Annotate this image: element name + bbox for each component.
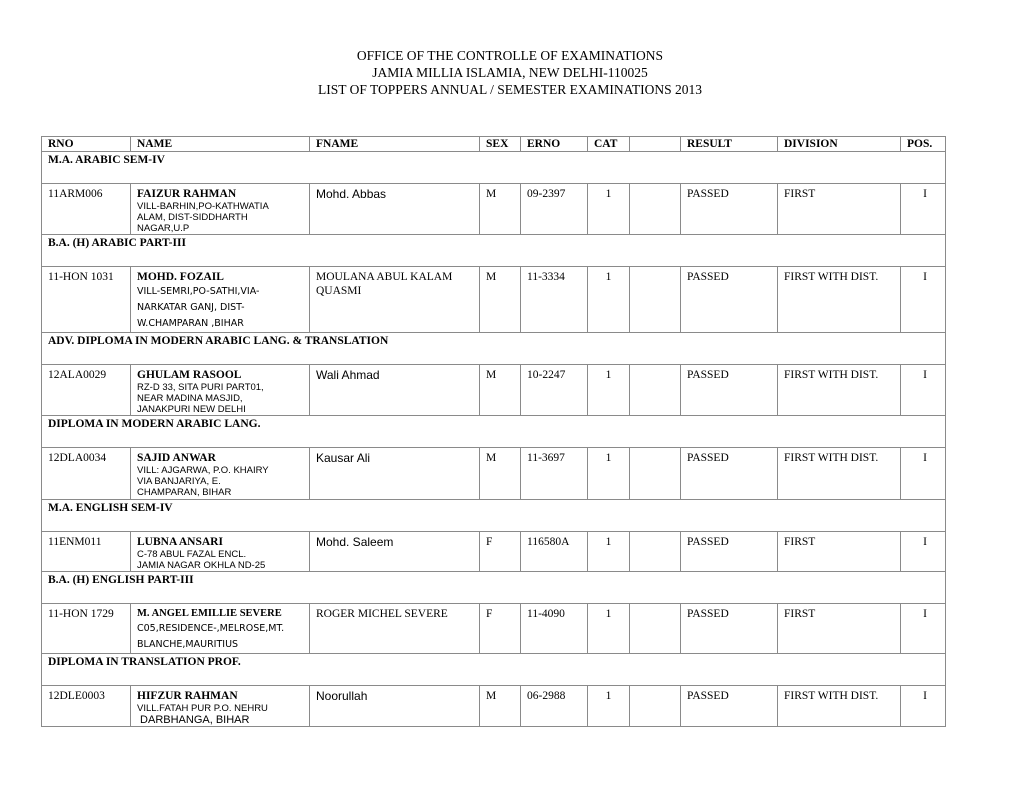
cell-sex: M <box>480 686 521 727</box>
cell-sex: M <box>480 448 521 500</box>
student-name: HIFZUR RAHMAN <box>137 689 303 703</box>
section-title: DIPLOMA IN MODERN ARABIC LANG. <box>42 416 946 448</box>
cell-rno: 11-HON 1729 <box>42 604 131 654</box>
cell-division: FIRST <box>778 184 901 235</box>
address-line: NAGAR,U.P <box>137 223 303 234</box>
table-header-row: RNO NAME FNAME SEX ERNO CAT RESULT DIVIS… <box>42 137 946 152</box>
address-line: VILL-SEMRI,PO-SATHI,VIA- <box>137 284 303 300</box>
table-row: 12ALA0029GHULAM RASOOLRZ-D 33, SITA PURI… <box>42 365 946 416</box>
cell-pos: I <box>901 184 946 235</box>
table-row: 11-HON 1031MOHD. FOZAILVILL-SEMRI,PO-SAT… <box>42 267 946 333</box>
cell-fname: Noorullah <box>310 686 480 727</box>
cell-division: FIRST WITH DIST. <box>778 267 901 333</box>
cell-cat: 1 <box>588 604 630 654</box>
address-line: W.CHAMPARAN ,BIHAR <box>137 316 303 332</box>
cell-rno: 11ENM011 <box>42 532 131 572</box>
cell-rno: 12DLA0034 <box>42 448 131 500</box>
cell-name: MOHD. FOZAILVILL-SEMRI,PO-SATHI,VIA-NARK… <box>131 267 310 333</box>
cell-blank <box>630 365 681 416</box>
cell-sex: F <box>480 604 521 654</box>
cell-division: FIRST <box>778 532 901 572</box>
cell-rno: 12DLE0003 <box>42 686 131 727</box>
cell-rno: 11-HON 1031 <box>42 267 131 333</box>
address-line: C-78 ABUL FAZAL ENCL. <box>137 549 303 560</box>
col-header-pos: POS. <box>901 137 946 152</box>
cell-cat: 1 <box>588 184 630 235</box>
header-list-title: LIST OF TOPPERS ANNUAL / SEMESTER EXAMIN… <box>0 81 1020 98</box>
cell-cat: 1 <box>588 365 630 416</box>
section-row: M.A. ARABIC SEM-IV <box>42 152 946 184</box>
cell-pos: I <box>901 365 946 416</box>
document-header: OFFICE OF THE CONTROLLE OF EXAMINATIONS … <box>0 47 1020 98</box>
cell-erno: 11-3697 <box>521 448 588 500</box>
col-header-rno: RNO <box>42 137 131 152</box>
cell-erno: 11-4090 <box>521 604 588 654</box>
student-name: GHULAM RASOOL <box>137 368 303 382</box>
table-row: 11ARM006FAIZUR RAHMANVILL-BARHIN,PO-KATH… <box>42 184 946 235</box>
address-line: VIA BANJARIYA, E. <box>137 476 303 487</box>
cell-erno: 06-2988 <box>521 686 588 727</box>
cell-blank <box>630 604 681 654</box>
section-row: DIPLOMA IN MODERN ARABIC LANG. <box>42 416 946 448</box>
cell-result: PASSED <box>681 686 778 727</box>
student-name: LUBNA ANSARI <box>137 535 303 549</box>
section-row: B.A. (H) ARABIC PART-III <box>42 235 946 267</box>
cell-name: FAIZUR RAHMANVILL-BARHIN,PO-KATHWATIAALA… <box>131 184 310 235</box>
cell-fname: Mohd. Saleem <box>310 532 480 572</box>
cell-cat: 1 <box>588 532 630 572</box>
cell-cat: 1 <box>588 267 630 333</box>
cell-erno: 10-2247 <box>521 365 588 416</box>
address-line: BLANCHE,MAURITIUS <box>137 637 303 653</box>
cell-blank <box>630 532 681 572</box>
cell-fname: Mohd. Abbas <box>310 184 480 235</box>
table-row: 11-HON 1729M. ANGEL EMILLIE SEVEREC05,RE… <box>42 604 946 654</box>
col-header-division: DIVISION <box>778 137 901 152</box>
cell-blank <box>630 184 681 235</box>
cell-pos: I <box>901 448 946 500</box>
table-row: 12DLE0003HIFZUR RAHMANVILL.FATAH PUR P.O… <box>42 686 946 727</box>
col-header-cat: CAT <box>588 137 630 152</box>
address-line: CHAMPARAN, BIHAR <box>137 487 303 498</box>
student-name: FAIZUR RAHMAN <box>137 187 303 201</box>
cell-result: PASSED <box>681 365 778 416</box>
col-header-erno: ERNO <box>521 137 588 152</box>
address-line: VILL-BARHIN,PO-KATHWATIA <box>137 201 303 212</box>
cell-division: FIRST WITH DIST. <box>778 365 901 416</box>
cell-blank <box>630 267 681 333</box>
section-row: B.A. (H) ENGLISH PART-III <box>42 572 946 604</box>
cell-pos: I <box>901 686 946 727</box>
cell-division: FIRST <box>778 604 901 654</box>
cell-erno: 09-2397 <box>521 184 588 235</box>
section-title: M.A. ARABIC SEM-IV <box>42 152 946 184</box>
cell-rno: 11ARM006 <box>42 184 131 235</box>
cell-rno: 12ALA0029 <box>42 365 131 416</box>
cell-erno: 116580A <box>521 532 588 572</box>
section-title: B.A. (H) ARABIC PART-III <box>42 235 946 267</box>
cell-division: FIRST WITH DIST. <box>778 686 901 727</box>
cell-division: FIRST WITH DIST. <box>778 448 901 500</box>
address-line: RZ-D 33, SITA PURI PART01, <box>137 382 303 393</box>
header-office-title: OFFICE OF THE CONTROLLE OF EXAMINATIONS <box>0 47 1020 64</box>
cell-name: SAJID ANWARVILL: AJGARWA, P.O. KHAIRYVIA… <box>131 448 310 500</box>
section-title: DIPLOMA IN TRANSLATION PROF. <box>42 654 946 686</box>
cell-blank <box>630 686 681 727</box>
section-title: ADV. DIPLOMA IN MODERN ARABIC LANG. & TR… <box>42 333 946 365</box>
cell-fname: Kausar Ali <box>310 448 480 500</box>
cell-result: PASSED <box>681 184 778 235</box>
address-line: NARKATAR GANJ, DIST- <box>137 300 303 316</box>
address-line: NEAR MADINA MASJID, <box>137 393 303 404</box>
cell-fname: ROGER MICHEL SEVERE <box>310 604 480 654</box>
col-header-sex: SEX <box>480 137 521 152</box>
table-row: 11ENM011LUBNA ANSARIC-78 ABUL FAZAL ENCL… <box>42 532 946 572</box>
col-header-blank <box>630 137 681 152</box>
section-title: B.A. (H) ENGLISH PART-III <box>42 572 946 604</box>
cell-name: M. ANGEL EMILLIE SEVEREC05,RESIDENCE-,ME… <box>131 604 310 654</box>
col-header-fname: FNAME <box>310 137 480 152</box>
section-row: ADV. DIPLOMA IN MODERN ARABIC LANG. & TR… <box>42 333 946 365</box>
col-header-name: NAME <box>131 137 310 152</box>
section-row: M.A. ENGLISH SEM-IV <box>42 500 946 532</box>
address-line: VILL: AJGARWA, P.O. KHAIRY <box>137 465 303 476</box>
col-header-result: RESULT <box>681 137 778 152</box>
cell-name: GHULAM RASOOLRZ-D 33, SITA PURI PART01,N… <box>131 365 310 416</box>
section-title: M.A. ENGLISH SEM-IV <box>42 500 946 532</box>
toppers-table: RNO NAME FNAME SEX ERNO CAT RESULT DIVIS… <box>41 136 946 727</box>
address-line: C05,RESIDENCE-,MELROSE,MT. <box>137 621 303 637</box>
address-line: ALAM, DIST-SIDDHARTH <box>137 212 303 223</box>
cell-sex: M <box>480 184 521 235</box>
header-university: JAMIA MILLIA ISLAMIA, NEW DELHI-110025 <box>0 64 1020 81</box>
address-line: JAMIA NAGAR OKHLA ND-25 <box>137 560 303 571</box>
cell-pos: I <box>901 604 946 654</box>
cell-name: LUBNA ANSARIC-78 ABUL FAZAL ENCL.JAMIA N… <box>131 532 310 572</box>
cell-erno: 11-3334 <box>521 267 588 333</box>
cell-fname: Wali Ahmad <box>310 365 480 416</box>
address-line: JANAKPURI NEW DELHI <box>137 404 303 415</box>
cell-cat: 1 <box>588 448 630 500</box>
cell-result: PASSED <box>681 448 778 500</box>
cell-result: PASSED <box>681 267 778 333</box>
address-line: VILL.FATAH PUR P.O. NEHRU <box>137 703 303 714</box>
cell-cat: 1 <box>588 686 630 727</box>
cell-result: PASSED <box>681 604 778 654</box>
cell-sex: M <box>480 365 521 416</box>
student-name: M. ANGEL EMILLIE SEVERE <box>137 607 303 621</box>
cell-result: PASSED <box>681 532 778 572</box>
cell-fname: MOULANA ABUL KALAM QUASMI <box>310 267 480 333</box>
cell-pos: I <box>901 532 946 572</box>
cell-sex: M <box>480 267 521 333</box>
cell-name: HIFZUR RAHMANVILL.FATAH PUR P.O. NEHRU D… <box>131 686 310 727</box>
section-row: DIPLOMA IN TRANSLATION PROF. <box>42 654 946 686</box>
cell-pos: I <box>901 267 946 333</box>
student-name: SAJID ANWAR <box>137 451 303 465</box>
cell-blank <box>630 448 681 500</box>
cell-sex: F <box>480 532 521 572</box>
address-line: DARBHANGA, BIHAR <box>137 714 303 726</box>
student-name: MOHD. FOZAIL <box>137 270 303 284</box>
table-row: 12DLA0034SAJID ANWARVILL: AJGARWA, P.O. … <box>42 448 946 500</box>
